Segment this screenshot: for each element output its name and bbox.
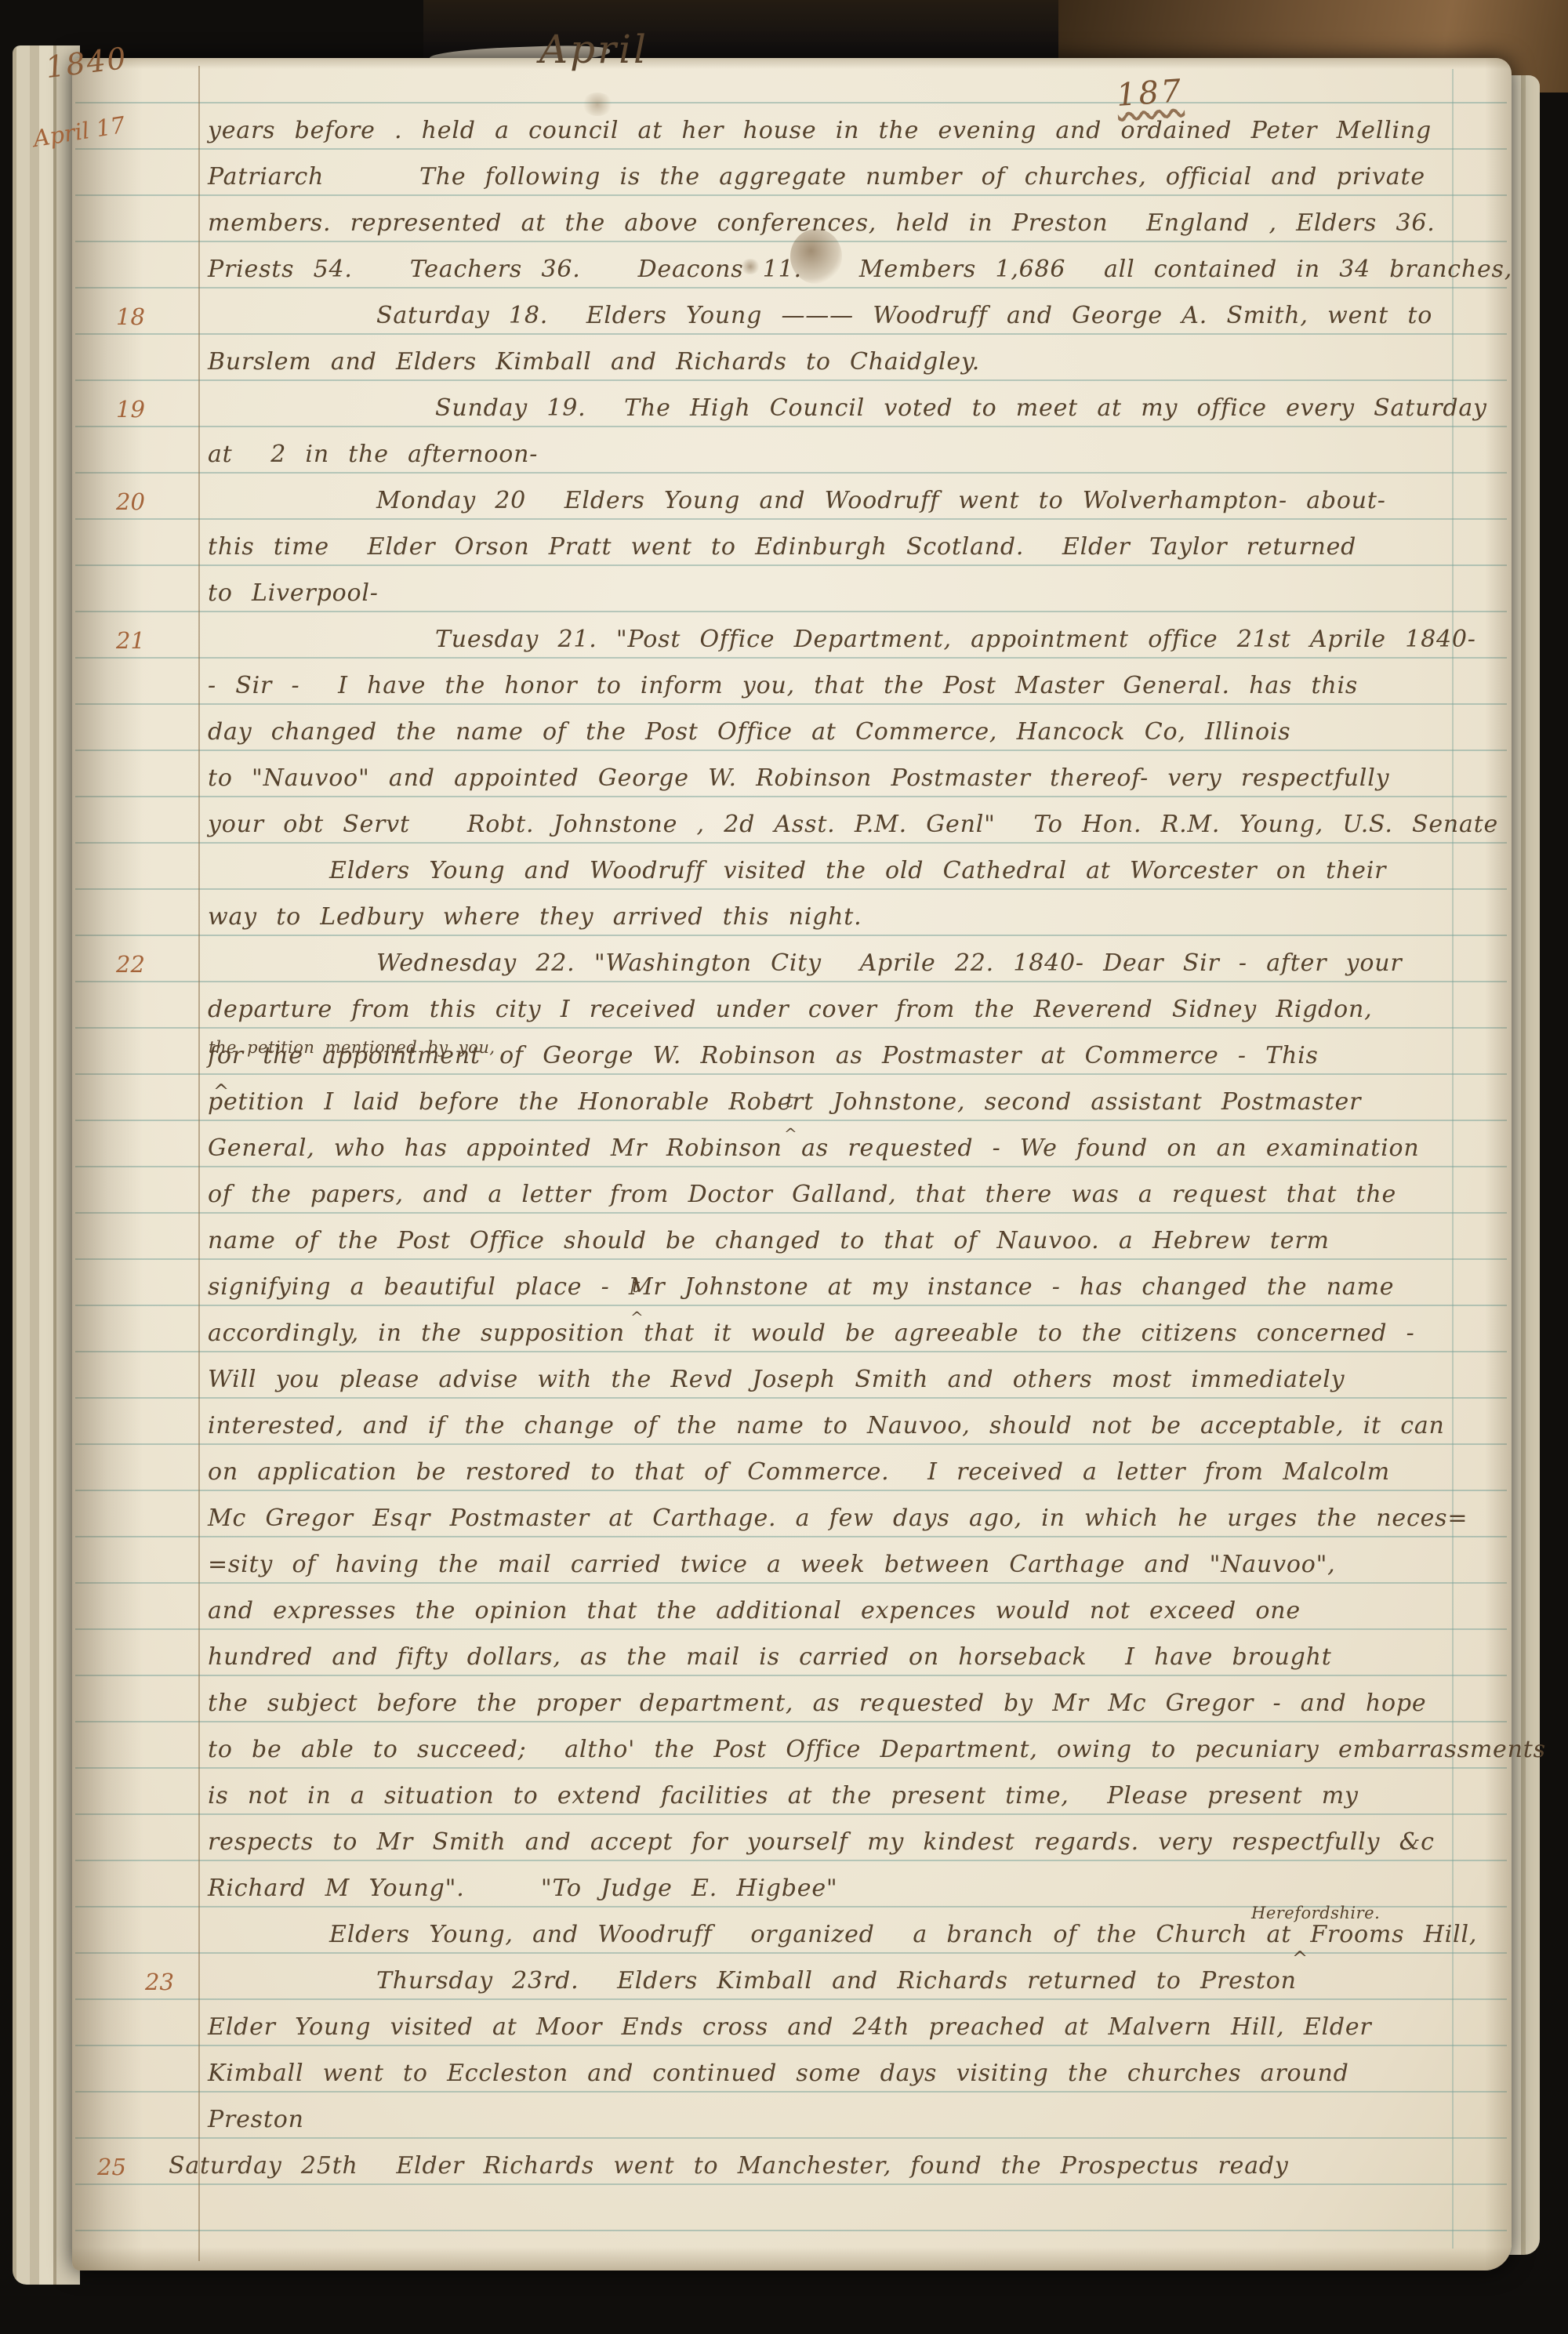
manuscript-line: to "Nauvoo" and appointed George W. Robi… <box>208 757 1389 798</box>
manuscript-line: Will you please advise with the Revd Jos… <box>208 1359 1345 1399</box>
manuscript-line: departure from this city I received unde… <box>208 989 1373 1029</box>
manuscript-line: this time Elder Orson Pratt went to Edin… <box>208 526 1356 567</box>
scanned-journal-page: 1840 April 187 years before . held a cou… <box>0 0 1568 2334</box>
manuscript-line: accordingly, in the supposition that it … <box>208 1312 1415 1353</box>
margin-date: 25 <box>97 2147 126 2187</box>
margin-date: April 17 <box>31 105 128 158</box>
manuscript-line: and expresses the opinion that the addit… <box>208 1590 1301 1631</box>
caret-mark: ^ <box>784 1124 797 1143</box>
manuscript-line: - Sir - I have the honor to inform you, … <box>208 665 1358 706</box>
manuscript-line: Preston <box>208 2099 304 2140</box>
manuscript-line: hundred and fifty dollars, as the mail i… <box>208 1636 1332 1677</box>
caret-mark: ^ <box>630 1308 644 1327</box>
manuscript-line: Thursday 23rd. Elders Kimball and Richar… <box>376 1960 1297 2001</box>
manuscript-line: name of the Post Office should be change… <box>208 1220 1330 1261</box>
manuscript-line: of the papers, and a letter from Doctor … <box>208 1174 1396 1214</box>
manuscript-line: Saturday 18. Elders Young ——— Woodruff a… <box>376 295 1432 336</box>
manuscript-line: General, who has appointed Mr Robinson a… <box>208 1127 1419 1168</box>
manuscript-line: Wednesday 22. "Washington City Aprile 22… <box>376 942 1403 983</box>
margin-date: 23 <box>145 1962 174 2002</box>
caret-mark: ^ <box>213 1082 229 1101</box>
inserted-letter-t: t <box>632 1276 641 1295</box>
manuscript-line: years before . held a council at her hou… <box>208 110 1432 151</box>
manuscript-line: to be able to succeed; altho' the Post O… <box>208 1729 1546 1770</box>
manuscript-line: Mc Gregor Esqr Postmaster at Carthage. a… <box>208 1497 1468 1538</box>
manuscript-line: Elder Young visited at Moor Ends cross a… <box>208 2006 1372 2047</box>
manuscript-line: =sity of having the mail carried twice a… <box>208 1544 1336 1584</box>
margin-date: 21 <box>116 621 145 660</box>
manuscript-line: on application be restored to that of Co… <box>208 1451 1390 1492</box>
manuscript-line: Patriarch The following is the aggregate… <box>208 156 1425 197</box>
manuscript-line: Monday 20 Elders Young and Woodruff went… <box>376 480 1386 521</box>
manuscript-line: Richard M Young". "To Judge E. Higbee" <box>208 1868 837 1908</box>
manuscript-line: signifying a beautiful place - Mr Johnst… <box>208 1266 1394 1307</box>
inserted-letter-t: t <box>786 1091 794 1110</box>
manuscript-line: to Liverpool- <box>208 572 379 613</box>
manuscript-line: Tuesday 21. "Post Office Department, app… <box>435 619 1476 659</box>
manuscript-line: way to Ledbury where they arrived this n… <box>208 896 862 937</box>
manuscript-line: day changed the name of the Post Office … <box>208 711 1290 752</box>
manuscript-line: Kimball went to Eccleston and continued … <box>208 2053 1349 2093</box>
manuscript-line: the subject before the proper department… <box>208 1682 1426 1723</box>
manuscript-line: members. represented at the above confer… <box>208 202 1436 243</box>
interlinear-note-petition: the petition mentioned by you, <box>209 1038 495 1057</box>
manuscript-line: Saturday 25th Elder Richards went to Man… <box>169 2145 1289 2186</box>
manuscript-line: is not in a situation to extend faciliti… <box>208 1775 1359 1816</box>
margin-date: 19 <box>116 390 145 429</box>
manuscript-text: years before . held a council at her hou… <box>0 0 1568 2334</box>
manuscript-line: Elders Young and Woodruff visited the ol… <box>329 850 1386 891</box>
caret-mark: ^ <box>1292 1949 1308 1968</box>
manuscript-line: Burslem and Elders Kimball and Richards … <box>208 341 980 382</box>
manuscript-line: interested, and if the change of the nam… <box>208 1405 1445 1446</box>
manuscript-line: Priests 54. Teachers 36. Deacons 11. Mem… <box>208 249 1512 289</box>
manuscript-line: at 2 in the afternoon- <box>208 434 538 474</box>
interlinear-note-herefordshire: Herefordshire. <box>1251 1904 1380 1922</box>
manuscript-line: respects to Mr Smith and accept for your… <box>208 1821 1435 1862</box>
margin-date: 18 <box>116 297 145 336</box>
manuscript-line: petition I laid before the Honorable Rob… <box>208 1081 1361 1122</box>
margin-date: 22 <box>116 945 145 984</box>
margin-date: 20 <box>116 482 145 521</box>
manuscript-line: Sunday 19. The High Council voted to mee… <box>435 387 1487 428</box>
manuscript-line: your obt Servt Robt. Johnstone , 2d Asst… <box>208 804 1498 844</box>
